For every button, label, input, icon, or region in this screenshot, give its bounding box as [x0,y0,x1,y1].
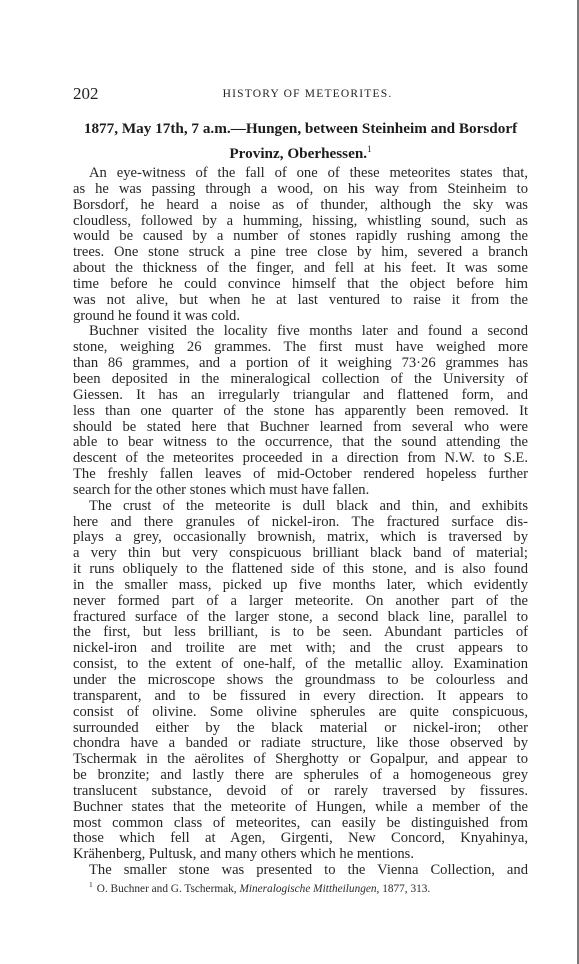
text-line: chondra have a banded or radiate structu… [73,736,528,752]
text-line: stone, weighing 26 grammes. The first mu… [73,340,528,356]
text-line: plays a grey, occasionally brownish, mat… [73,530,528,546]
text-line: less than one quarter of the stone has a… [73,404,528,420]
text-line: translucent substance, devoid of or rare… [73,784,528,800]
text-line: ground he found it was cold. [73,309,528,325]
text-line: those which fell at Agen, Girgenti, New … [73,831,528,847]
paragraph: The crust of the meteorite is dull black… [73,499,528,863]
text-line: Tschermak in the aërolites of Sherghotty… [73,752,528,768]
document-page: 202 HISTORY OF METEORITES. 1877, May 17t… [0,0,579,964]
text-line: nickel-iron and troilite are met with; a… [73,641,528,657]
footnote: 1O. Buchner and G. Tschermak, Mineralogi… [89,880,529,895]
text-line: under the microscope shows the groundmas… [73,673,528,689]
section-heading: 1877, May 17th, 7 a.m.—Hungen, between S… [73,119,528,164]
heading-line-1: 1877, May 17th, 7 a.m.—Hungen, between S… [73,119,528,139]
footnote-mark: 1 [89,880,93,889]
footnote-authors: O. Buchner and G. Tschermak, [97,883,237,895]
heading-line-2: Provinz, Oberhessen.1 [73,139,528,164]
text-line: in the smaller mass, picked up five mont… [73,578,528,594]
text-line: as he was passing through a wood, on his… [73,182,528,198]
text-line: cloudless, followed by a humming, hissin… [73,214,528,230]
heading-line-2-text: Provinz, Oberhessen. [229,145,367,162]
text-line: Borsdorf, he heard a noise as of thunder… [73,198,528,214]
text-line: about the thickness of the finger, and f… [73,261,528,277]
text-line: The smaller stone was presented to the V… [73,863,528,879]
text-line: The freshly fallen leaves of mid-October… [73,467,528,483]
text-line: than 86 grammes, and a portion of it wei… [73,356,528,372]
text-line: Krähenberg, Pultusk, and many others whi… [73,847,528,863]
text-line: transparent, and to be fissured in every… [73,689,528,705]
text-line: it runs obliquely to the flattened side … [73,562,528,578]
text-line: Buchner visited the locality five months… [73,324,528,340]
running-title: HISTORY OF METEORITES. [73,88,528,100]
text-line: fractured surface of the larger stone, a… [73,610,528,626]
text-line: been deposited in the mineralogical coll… [73,372,528,388]
text-line: Giessen. It has an irregularly triangula… [73,388,528,404]
footnote-reference[interactable]: 1 [367,144,372,154]
text-line: the first, but less brilliant, is to be … [73,625,528,641]
text-line: search for the other stones which must h… [73,483,528,499]
text-line: was not alive, but when he at last ventu… [73,293,528,309]
text-line: would be caused by a number of stones ra… [73,229,528,245]
text-line: never formed part of a larger meteorite.… [73,594,528,610]
footnote-journal: Mineralogische Mittheilungen [239,883,376,895]
text-line: be bronzite; and lastly there are spheru… [73,768,528,784]
text-line: most common class of meteorites, can eas… [73,816,528,832]
text-line: here and there granules of nickel-iron. … [73,515,528,531]
paragraph: Buchner visited the locality five months… [73,324,528,498]
text-line: An eye-witness of the fall of one of the… [73,166,528,182]
text-line: Buchner states that the meteorite of Hun… [73,800,528,816]
text-line: descent of the meteorites proceeded in a… [73,451,528,467]
running-head: 202 HISTORY OF METEORITES. [73,84,528,104]
text-line: should be stated here that Buchner learn… [73,420,528,436]
text-line: consist, to the extent of one-half, of t… [73,657,528,673]
text-line: The crust of the meteorite is dull black… [73,499,528,515]
text-line: surrounded either by the black material … [73,721,528,737]
footnote-details: , 1877, 313. [377,883,431,895]
text-line: time before he could convince himself th… [73,277,528,293]
paragraph: An eye-witness of the fall of one of the… [73,166,528,324]
body-text: An eye-witness of the fall of one of the… [73,166,528,879]
text-line: trees. One stone struck a pine tree clos… [73,245,528,261]
text-line: able to bear witness to the occurrence, … [73,435,528,451]
text-line: a very thin but very conspicuous brillia… [73,546,528,562]
text-line: consist of olivine. Some olivine spherul… [73,705,528,721]
paragraph: The smaller stone was presented to the V… [73,863,528,879]
